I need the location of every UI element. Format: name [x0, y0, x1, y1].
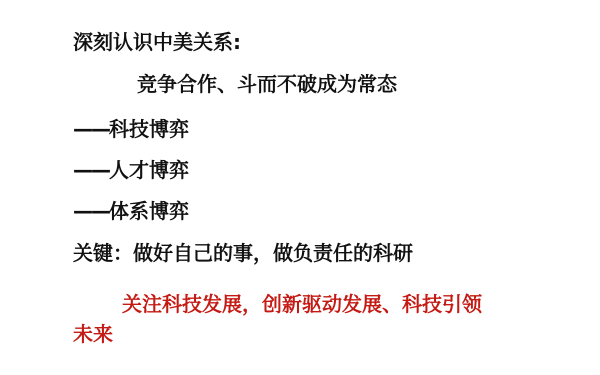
slide: 深刻认识中美关系: 竞争合作、斗而不破成为常态 ——科技博弈 ——人才博弈 ——… [0, 0, 600, 375]
slide-title: 深刻认识中美关系: [73, 30, 241, 54]
key-point: 关键：做好自己的事，做负责任的科研 [73, 241, 413, 265]
list-item-tech-game: ——科技博弈 [73, 117, 189, 141]
list-item-system-game: ——体系博弈 [73, 199, 189, 223]
highlight-paragraph: 关注科技发展，创新驱动发展、科技引领未来 [73, 289, 493, 349]
list-item-label: 科技博弈 [109, 117, 189, 141]
list-item-talent-game: ——人才博弈 [73, 158, 189, 182]
em-dash-prefix: —— [73, 117, 109, 141]
list-item-label: 人才博弈 [109, 158, 189, 182]
list-item-label: 体系博弈 [109, 199, 189, 223]
em-dash-prefix: —— [73, 199, 109, 223]
slide-subtitle: 竞争合作、斗而不破成为常态 [137, 72, 397, 96]
em-dash-prefix: —— [73, 158, 109, 182]
